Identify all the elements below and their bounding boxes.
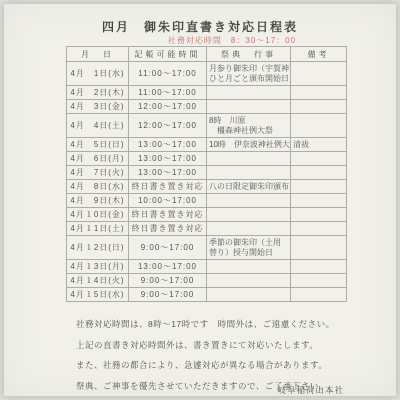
office-hours-note: 社務対応時間 8：30～17：00	[152, 35, 312, 46]
event-line: 橿森神社例大祭	[209, 126, 288, 136]
cell-note	[291, 274, 347, 288]
table-header-row: 月 日 記帳可能時間 祭典 行事 備考	[67, 47, 347, 62]
cell-time: 12:00～17:00	[129, 114, 207, 138]
cell-event: 10時 伊奈波神社例大祭	[207, 138, 291, 152]
cell-note	[291, 166, 347, 180]
cell-date: 4月 5日(日)	[67, 138, 129, 152]
cell-note	[291, 152, 347, 166]
cell-time: 12:00～17:00	[129, 100, 207, 114]
cell-time: 13:00～17:00	[129, 166, 207, 180]
table-row: 4月 8日(水)終日書き置き対応八の日限定御朱印頒布日	[67, 180, 347, 194]
event-line: 替り）授与開始日	[209, 248, 288, 258]
event-line: 八の日限定御朱印頒布日	[209, 182, 288, 192]
table-row: 4月１5日(水)9:00～17:00	[67, 288, 347, 302]
table-body: 4月 1日(水)11:00～17:00月参り御朱印（宇賀神）ひと月ごと頒布開始日…	[67, 62, 347, 302]
cell-date: 4月１1日(土)	[67, 222, 129, 236]
cell-date: 4月 7日(火)	[67, 166, 129, 180]
footer-line: 上記の直書き対応時間外は、書き置きにて対応いたします。	[76, 339, 356, 351]
header-note: 備考	[291, 47, 347, 62]
cell-time: 9:00～17:00	[129, 288, 207, 302]
cell-time: 13:00～17:00	[129, 152, 207, 166]
page-title: 四月 御朱印直書き対応日程表	[4, 18, 396, 35]
cell-date: 4月 1日(水)	[67, 62, 129, 86]
cell-note	[291, 236, 347, 260]
cell-event	[207, 152, 291, 166]
table-row: 4月１4日(火)9:00～17:00	[67, 274, 347, 288]
cell-time: 9:00～17:00	[129, 236, 207, 260]
event-line: 月参り御朱印（宇賀神）	[209, 64, 288, 74]
cell-date: 4月１5日(水)	[67, 288, 129, 302]
cell-date: 4月１0日(金)	[67, 208, 129, 222]
cell-event	[207, 166, 291, 180]
event-line: ひと月ごと頒布開始日	[209, 74, 288, 84]
cell-time: 13:00～17:00	[129, 260, 207, 274]
cell-event	[207, 86, 291, 100]
cell-note	[291, 86, 347, 100]
cell-date: 4月１2日(日)	[67, 236, 129, 260]
cell-time: 9:00～17:00	[129, 274, 207, 288]
shrine-signature: 岐阜稲荷山本社	[277, 384, 344, 396]
schedule-sheet: 四月 御朱印直書き対応日程表 社務対応時間 8：30～17：00 月 日 記帳可…	[4, 4, 396, 396]
cell-date: 4月 9日(木)	[67, 194, 129, 208]
event-line: 8時 川原	[209, 116, 288, 126]
cell-date: 4月 2日(木)	[67, 86, 129, 100]
cell-note	[291, 208, 347, 222]
cell-event	[207, 100, 291, 114]
cell-time: 10:00～17:00	[129, 194, 207, 208]
cell-time: 終日書き置き対応	[129, 180, 207, 194]
header-date: 月 日	[67, 47, 129, 62]
cell-time: 11:00～17:00	[129, 86, 207, 100]
table-row: 4月１3日(月)13:00～17:00	[67, 260, 347, 274]
table-row: 4月 2日(木)11:00～17:00	[67, 86, 347, 100]
table-row: 4月１0日(金)終日書き置き対応	[67, 208, 347, 222]
table-row: 4月 5日(日)13:00～17:0010時 伊奈波神社例大祭清祓	[67, 138, 347, 152]
cell-time: 11:00～17:00	[129, 62, 207, 86]
cell-note	[291, 62, 347, 86]
cell-event	[207, 222, 291, 236]
cell-note	[291, 288, 347, 302]
event-line: 季節の御朱印（土用	[209, 238, 288, 248]
table-row: 4月 4日(土)12:00～17:008時 川原 橿森神社例大祭	[67, 114, 347, 138]
cell-note	[291, 180, 347, 194]
footer-line: 社務対応時間は、8時～17時です 時間外は、ご遠慮ください。	[76, 318, 356, 330]
cell-event: 8時 川原 橿森神社例大祭	[207, 114, 291, 138]
table-row: 4月１2日(日)9:00～17:00季節の御朱印（土用替り）授与開始日	[67, 236, 347, 260]
footer-line: また、社務の都合により、急遽対応が異なる場合があります。	[76, 359, 356, 371]
cell-event	[207, 260, 291, 274]
cell-event	[207, 208, 291, 222]
table-row: 4月 1日(水)11:00～17:00月参り御朱印（宇賀神）ひと月ごと頒布開始日	[67, 62, 347, 86]
cell-date: 4月 4日(土)	[67, 114, 129, 138]
cell-note	[291, 100, 347, 114]
cell-event: 八の日限定御朱印頒布日	[207, 180, 291, 194]
cell-date: 4月１4日(火)	[67, 274, 129, 288]
schedule-table: 月 日 記帳可能時間 祭典 行事 備考 4月 1日(水)11:00～17:00月…	[66, 46, 347, 302]
cell-time: 終日書き置き対応	[129, 222, 207, 236]
cell-event	[207, 274, 291, 288]
table-row: 4月 6日(月)13:00～17:00	[67, 152, 347, 166]
table-row: 4月１1日(土)終日書き置き対応	[67, 222, 347, 236]
table-row: 4月 7日(火)13:00～17:00	[67, 166, 347, 180]
cell-event: 月参り御朱印（宇賀神）ひと月ごと頒布開始日	[207, 62, 291, 86]
cell-time: 13:00～17:00	[129, 138, 207, 152]
cell-note	[291, 260, 347, 274]
cell-event	[207, 288, 291, 302]
event-line: 10時 伊奈波神社例大祭	[209, 140, 288, 150]
cell-event	[207, 194, 291, 208]
header-event: 祭典 行事	[207, 47, 291, 62]
table-row: 4月 3日(金)12:00～17:00	[67, 100, 347, 114]
cell-date: 4月１3日(月)	[67, 260, 129, 274]
cell-event: 季節の御朱印（土用替り）授与開始日	[207, 236, 291, 260]
cell-date: 4月 6日(月)	[67, 152, 129, 166]
cell-note	[291, 194, 347, 208]
cell-note: 清祓	[291, 138, 347, 152]
table-row: 4月 9日(木)10:00～17:00	[67, 194, 347, 208]
cell-note	[291, 222, 347, 236]
cell-time: 終日書き置き対応	[129, 208, 207, 222]
cell-date: 4月 8日(水)	[67, 180, 129, 194]
cell-date: 4月 3日(金)	[67, 100, 129, 114]
cell-note	[291, 114, 347, 138]
header-time: 記帳可能時間	[129, 47, 207, 62]
